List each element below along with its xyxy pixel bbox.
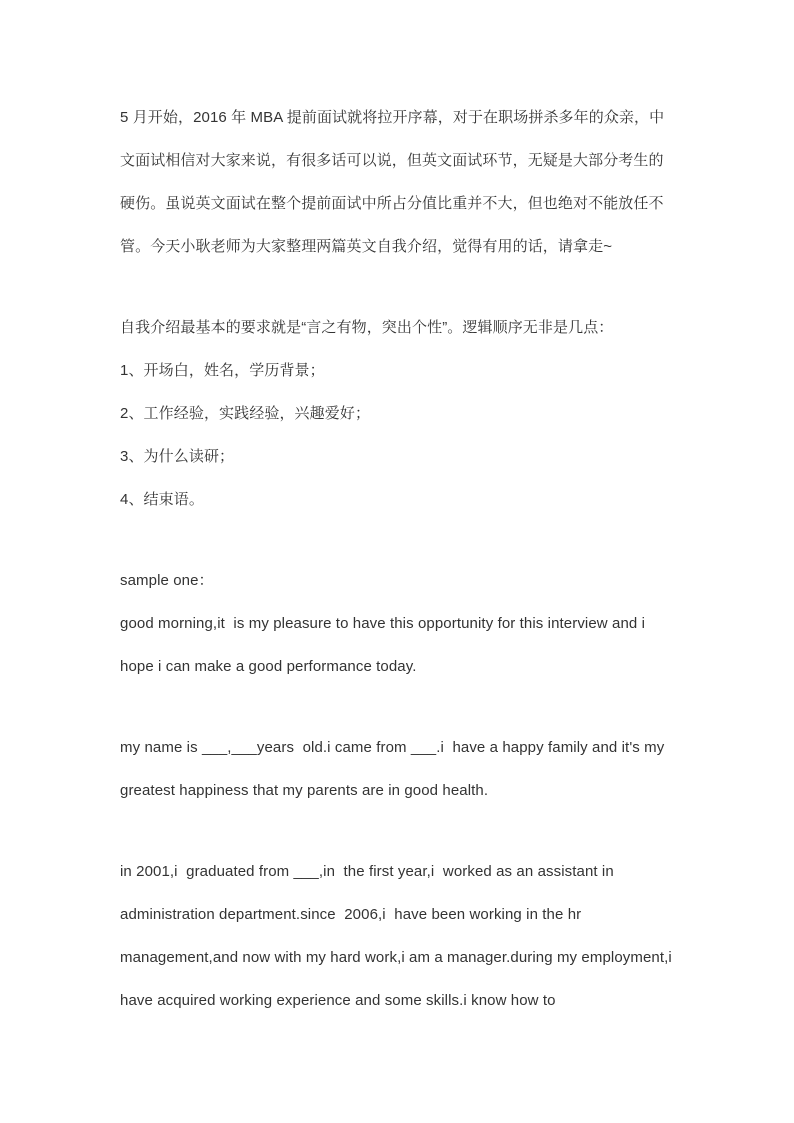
- sample-one-paragraph-1: good morning,it is my pleasure to have t…: [120, 602, 677, 688]
- sample-one-label: sample one：: [120, 559, 677, 602]
- outline-item-3: 3、为什么读研；: [120, 435, 677, 478]
- intro-paragraph: 5 月开始，2016 年 MBA 提前面试就将拉开序幕，对于在职场拼杀多年的众亲…: [120, 96, 677, 268]
- sample-one-paragraph-3: in 2001,i graduated from ___,in the firs…: [120, 850, 677, 1022]
- outline-intro-paragraph: 自我介绍最基本的要求就是“言之有物，突出个性”。逻辑顺序无非是几点：: [120, 306, 677, 349]
- outline-item-4: 4、结束语。: [120, 478, 677, 521]
- document-page: 5 月开始，2016 年 MBA 提前面试就将拉开序幕，对于在职场拼杀多年的众亲…: [0, 0, 794, 1123]
- outline-item-2: 2、工作经验，实践经验，兴趣爱好；: [120, 392, 677, 435]
- outline-item-1: 1、开场白，姓名，学历背景；: [120, 349, 677, 392]
- sample-one-paragraph-2: my name is ___,___years old.i came from …: [120, 726, 677, 812]
